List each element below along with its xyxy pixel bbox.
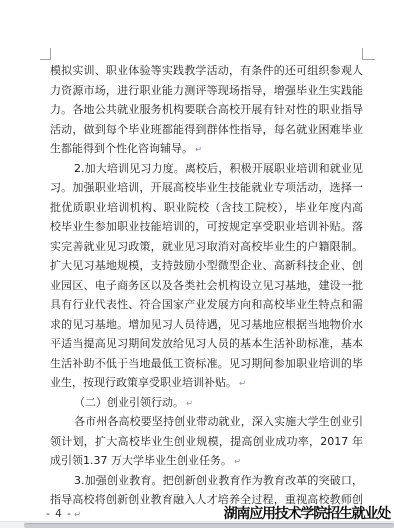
document-page: 模拟实训、职业体验等实践教学活动，有条件的还可组织参观人力资源市场，进行职业能力…	[0, 0, 394, 528]
page-number: - 4 -↵	[46, 508, 81, 520]
text-line: 成引领1.37 万大学毕业生创业任务。↵	[50, 451, 363, 471]
department-stamp-text: 湖南应用技术学院招生就业处	[224, 503, 390, 523]
text-line: 实完善就业见习政策，就业见习取消对高校毕业生的户籍限制。	[50, 237, 363, 257]
text-line: 批优质职业培训机构、职业院校（含技工院校），毕业年度内高	[50, 198, 363, 218]
text-line: 领计划，扩大高校毕业生创业规模，提高创业成功率，2017 年完	[50, 432, 363, 452]
text-line: 习。加强职业培训，开展高校毕业生技能就业专项活动，选择一	[50, 178, 363, 198]
horizontal-scrollbar[interactable]	[0, 521, 394, 528]
text-boundary-mark-top-left	[40, 48, 51, 60]
text-line: 模拟实训、职业体验等实践教学活动，有条件的还可组织参观人	[50, 61, 363, 81]
text-line: 生都能得到个性化咨询辅导。↵	[50, 139, 363, 159]
text-line: 3.加强创业教育。把创新创业教育作为教育改革的突破口，	[50, 471, 363, 491]
text-line: 校毕业生参加职业技能培训的，可按规定享受职业培训补贴。落	[50, 217, 363, 237]
text-line: 业生，按现行政策享受职业培训补贴。↵	[50, 373, 363, 393]
paragraph-mark: ↵	[239, 379, 246, 389]
document-text-block: 模拟实训、职业体验等实践教学活动，有条件的还可组织参观人力资源市场，进行职业能力…	[50, 61, 363, 510]
text-line: 力资源市场，进行职业能力测评等现场指导，增强毕业生实践能	[50, 81, 363, 101]
text-line: 各市州各高校要坚持创业带动就业，深入实施大学生创业引	[50, 412, 363, 432]
paragraph-mark: ↵	[195, 145, 202, 155]
paragraph-mark: ↵	[186, 399, 193, 409]
text-boundary-mark-top-right	[362, 48, 375, 60]
text-line: 求的见习基地。增加见习人员待遇，见习基地应根据当地物价水	[50, 315, 363, 335]
text-line: 生活补助不低于当地最低工资标准。见习期间参加职业培训的毕	[50, 354, 363, 374]
text-line: 活动，做到每个毕业班都能得到群体性指导，每名就业困难毕业	[50, 120, 363, 140]
text-line: 2.加大培训见习力度。离校后，积极开展职业培训和就业见	[50, 159, 363, 179]
text-line: 扩大见习基地规模，支持鼓励小型微型企业、高新科技企业、创	[50, 256, 363, 276]
text-line: 力。各地公共就业服务机构要联合高校开展有针对性的职业指导	[50, 100, 363, 120]
text-line: （二）创业引领行动。↵	[50, 393, 363, 413]
paragraph-mark: ↵	[234, 457, 241, 467]
page-number-text: - 4 -	[46, 508, 72, 520]
text-line: 具有行业代表性、符合国家产业发展方向和高校毕业生特点和需	[50, 295, 363, 315]
text-line: 平适当提高见习期间发放给见习人员的基本生活补助标准，基本	[50, 334, 363, 354]
paragraph-mark: ↵	[74, 510, 81, 520]
horizontal-scrollbar-thumb[interactable]	[24, 523, 394, 528]
text-line: 业园区、电子商务区以及各类社会机构设立见习基地，建设一批	[50, 276, 363, 296]
